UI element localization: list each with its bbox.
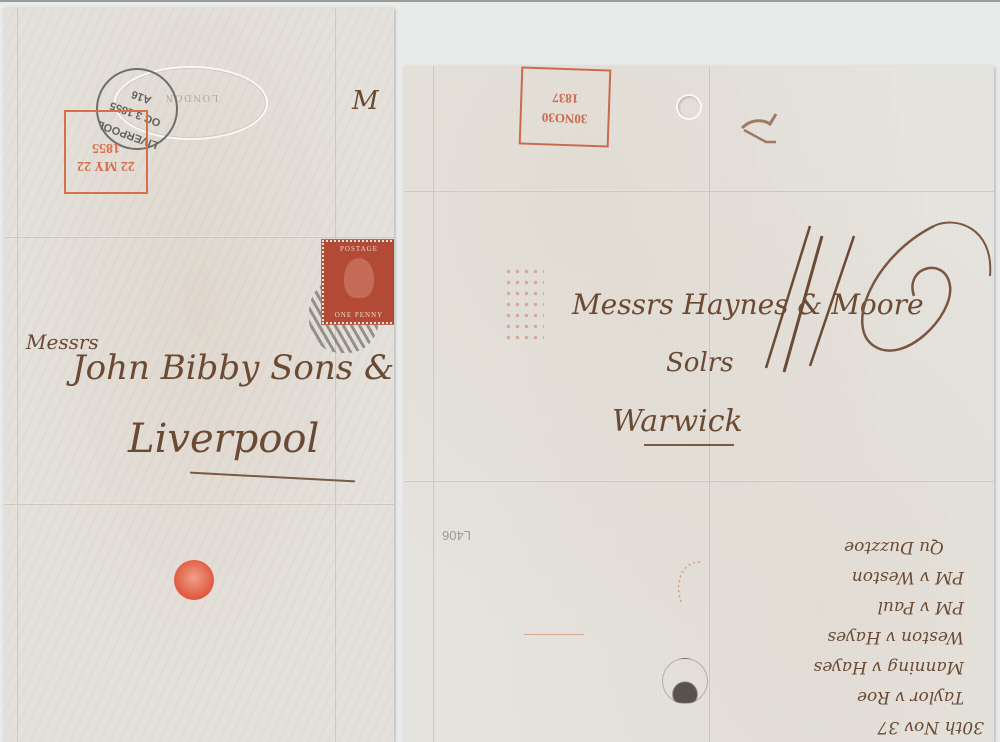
address-line3: Warwick [612,404,743,439]
docket-note: 30th Nov 37 Taylor v Roe Manning v Hayes… [744,516,984,742]
docket-mark-icon [736,106,796,146]
scan-edge [0,0,1000,2]
red-handstamp-traces [504,266,544,346]
address-line1: John Bibby Sons & Co [72,348,394,388]
red-wax-seal [174,560,214,600]
handstamp-line2: 1855 [66,138,146,156]
docket-line: Manning v Hayes [744,652,984,682]
box-handstamp: 22 MY 22 1855 [64,110,148,194]
fold-line [404,480,994,483]
fold-line [16,8,19,742]
docket-line: Taylor v Roe [744,682,984,712]
faint-red-line [524,634,584,635]
queen-head-icon [344,258,374,298]
right-cover-letter: 30NO30 1837 Messrs Haynes & Moore Solrs … [404,66,994,742]
corner-scrawl: M [352,86,379,116]
docket-line: Weston v Hayes [744,622,984,652]
address-line2: Liverpool [128,416,319,462]
address-underline [644,444,734,446]
address-underline [190,472,355,483]
faint-red-arc [660,556,720,616]
docket-line: PM v Weston [744,562,984,592]
docket-line: Qu Duzztoe [744,532,984,562]
stamp-top-text: POSTAGE [324,245,394,253]
stamp-bottom-text: ONE PENNY [324,311,394,319]
penny-red-stamp: POSTAGE ONE PENNY [322,240,394,324]
address-line2: Solrs [666,348,734,378]
black-wax-seal [662,658,708,704]
handstamp-line1: 30NO30 [521,106,608,129]
left-cover-letter: LONDON LIVERPOOL OC 3 1855 A16 22 MY 22 … [4,8,394,742]
box-handstamp: 30NO30 1837 [519,66,612,147]
postage-charge-mark [754,216,994,376]
docket-line: PM v Paul [744,592,984,622]
wafer-seal [678,96,700,118]
handstamp-line2: 1837 [522,87,609,110]
docket-line: 30th Nov 37 [744,712,984,742]
fold-line [432,66,435,742]
pencil-reference: L406 [442,528,471,543]
fold-line [404,190,994,193]
handstamp-line1: 22 MY 22 [66,156,146,174]
